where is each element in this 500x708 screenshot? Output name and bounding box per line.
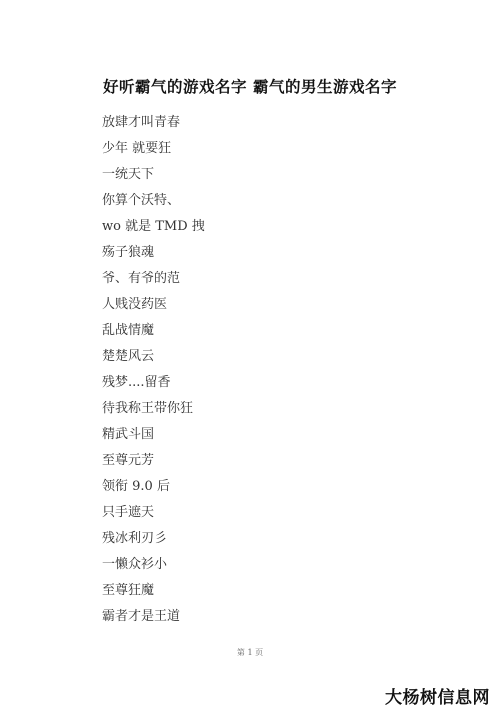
name-list: 放肆才叫青春 少年 就要狂 一统天下 你算个沃特、 wo 就是 TMD 拽 殇子… <box>102 113 205 633</box>
list-item: 殇子狼魂 <box>102 243 205 269</box>
document-title: 好听霸气的游戏名字 霸气的男生游戏名字 <box>0 75 500 97</box>
list-item: 至尊狂魔 <box>102 581 205 607</box>
list-item: 乱战情魔 <box>102 321 205 347</box>
list-item: 只手遮天 <box>102 503 205 529</box>
list-item: 一统天下 <box>102 165 205 191</box>
list-item: 少年 就要狂 <box>102 139 205 165</box>
list-item: 精武斗国 <box>102 425 205 451</box>
page-number: 第 1 页 <box>0 647 500 658</box>
list-item: 残梦....留香 <box>102 373 205 399</box>
list-item: 领衔 9.0 后 <box>102 477 205 503</box>
list-item: wo 就是 TMD 拽 <box>102 217 205 243</box>
list-item: 楚楚风云 <box>102 347 205 373</box>
list-item: 待我称王带你狂 <box>102 399 205 425</box>
list-item: 放肆才叫青春 <box>102 113 205 139</box>
watermark-logo: 大杨树信息网 <box>385 683 490 708</box>
list-item: 爷、有爷的范 <box>102 269 205 295</box>
list-item: 一懒众衫小 <box>102 555 205 581</box>
list-item: 残冰利刃彡 <box>102 529 205 555</box>
list-item: 霸者才是王道 <box>102 607 205 633</box>
list-item: 至尊元芳 <box>102 451 205 477</box>
list-item: 人贱没药医 <box>102 295 205 321</box>
list-item: 你算个沃特、 <box>102 191 205 217</box>
